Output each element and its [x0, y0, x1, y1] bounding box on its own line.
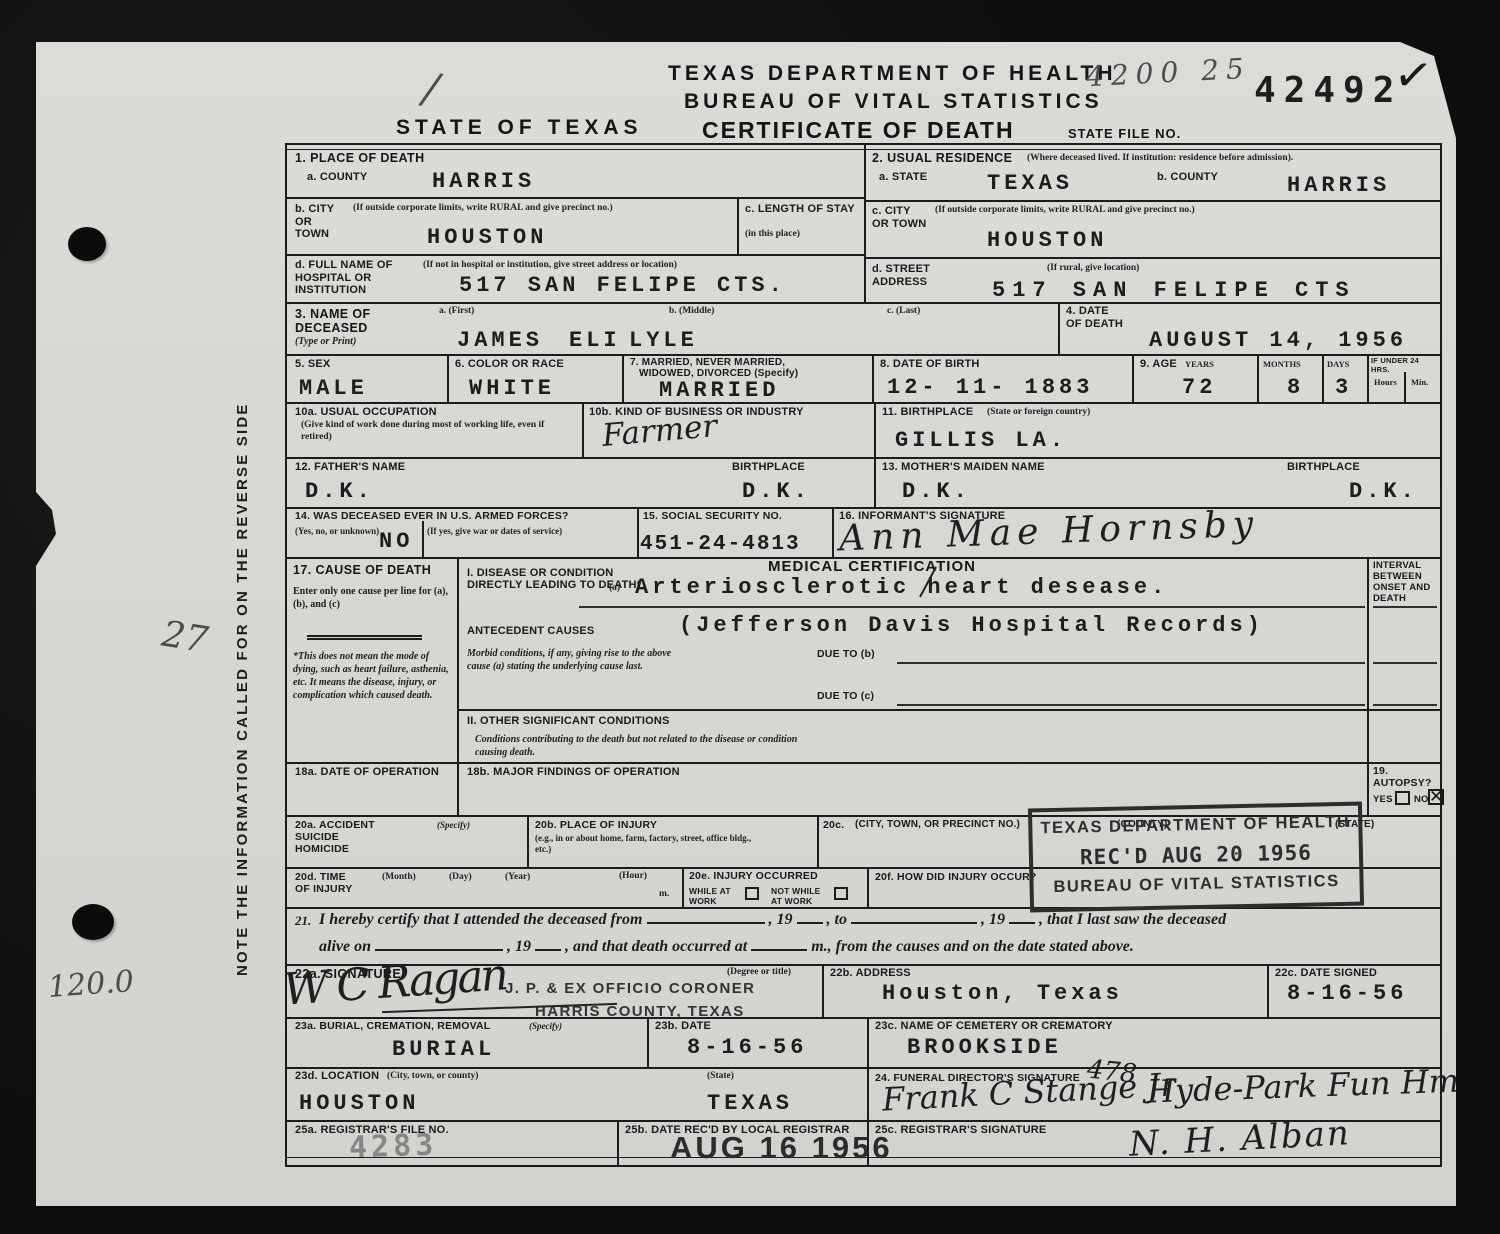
- header-department: TEXAS DEPARTMENT OF HEALTH: [668, 62, 1117, 86]
- field-18a-label: 18a. DATE OF OPERATION: [295, 766, 439, 779]
- field-15-value: 451-24-4813: [640, 533, 801, 556]
- field-9-months-label: MONTHS: [1263, 359, 1301, 370]
- field-11-label: 11. BIRTHPLACE: [882, 406, 973, 419]
- grid-line: [864, 145, 866, 302]
- blank-line: [647, 911, 765, 924]
- certify-seg2: , 19: [769, 911, 793, 928]
- field-2b-value: HARRIS: [1287, 173, 1390, 198]
- field-13-birthplace-value: D.K.: [1349, 479, 1418, 504]
- field-19-label: 19. AUTOPSY?: [1373, 765, 1440, 789]
- blank-line: [1009, 911, 1035, 924]
- field-1d-sublabel: (If not in hospital or institution, give…: [423, 260, 853, 272]
- received-stamp-line1: TEXAS DEPARTMENT OF HEALTH: [1032, 813, 1358, 839]
- field-5-value: MALE: [299, 376, 368, 401]
- field-8-label: 8. DATE OF BIRTH: [880, 358, 980, 371]
- field-14-value: NO: [379, 529, 413, 554]
- field-23a-value: BURIAL: [392, 1037, 495, 1062]
- field-9-years-value: 72: [1182, 375, 1216, 400]
- grid-line: [287, 197, 864, 199]
- grid-line: [1367, 557, 1369, 815]
- field-11-sublabel: (State or foreign country): [987, 407, 1090, 419]
- grid-line: [457, 709, 1440, 711]
- field-20b-label: 20b. PLACE OF INJURY: [535, 819, 657, 831]
- field-23a-label: 23a. BURIAL, CREMATION, REMOVAL: [295, 1020, 490, 1032]
- field-20d-label: 20d. TIME OF INJURY: [295, 871, 355, 895]
- field-1d-label: d. FULL NAME OF HOSPITAL OR INSTITUTION: [295, 259, 413, 297]
- field-9-under24-label: IF UNDER 24 HRS.: [1371, 357, 1439, 374]
- field-2d-value: 517 SAN FELIPE CTS: [992, 278, 1356, 303]
- field-7-label-line1: 7. MARRIED, NEVER MARRIED,: [630, 357, 785, 369]
- field-22b-label: 22b. ADDRESS: [830, 967, 911, 980]
- field-9-hours-label: Hours: [1374, 377, 1397, 388]
- field-9-label: 9. AGE: [1140, 358, 1177, 371]
- field-4-label: 4. DATE OF DEATH: [1066, 305, 1124, 330]
- field-20a-sublabel: (Specify): [437, 820, 470, 832]
- field-14-sub2: (If yes, give war or dates of service): [427, 526, 632, 537]
- value-underline: [1373, 662, 1437, 664]
- grid-line: [872, 354, 874, 402]
- field-4-value: AUGUST 14, 1956: [1149, 328, 1407, 353]
- blank-line: [751, 938, 807, 951]
- certify-seg1: I hereby certify that I attended the dec…: [319, 911, 643, 928]
- field-2d-sublabel: (If rural, give location): [1047, 263, 1139, 275]
- field-2d-label: d. STREET ADDRESS: [872, 263, 944, 288]
- grid-line: [457, 557, 459, 815]
- field-14-label: 14. WAS DECEASED EVER IN U.S. ARMED FORC…: [295, 510, 635, 522]
- grid-line: [832, 507, 834, 557]
- field-20d-day: (Day): [449, 872, 472, 884]
- field-3-last-value: LYLE: [629, 328, 698, 353]
- field-23a-sublabel: (Specify): [529, 1021, 562, 1033]
- grid-line: [582, 402, 584, 457]
- while-at-work-label: WHILE AT WORK: [689, 887, 745, 907]
- grid-line: [447, 354, 449, 402]
- field-1c-sublabel: (in this place): [745, 229, 800, 241]
- field-1a-value: HARRIS: [432, 169, 535, 194]
- field-1b-value: HOUSTON: [427, 225, 547, 250]
- field-3-middle-value: ELI: [569, 328, 621, 353]
- pencil-note-27: 27: [159, 614, 211, 662]
- field-6-value: WHITE: [469, 376, 555, 401]
- grid-line: [1404, 372, 1406, 402]
- field-23d-sublabel: (City, town, or county): [387, 1071, 478, 1083]
- field-22a-signature: W C Ragan: [281, 949, 507, 1015]
- field-20d-year: (Year): [505, 872, 530, 884]
- blank-line: [797, 911, 823, 924]
- not-while-at-work-label: NOT WHILE AT WORK: [771, 887, 831, 907]
- while-at-work-checkbox: [745, 887, 759, 900]
- field-3-label: 3. NAME OF DECEASED: [295, 307, 410, 335]
- antecedent-causes-label: ANTECEDENT CAUSES: [467, 625, 594, 638]
- checkmark: ✓: [1390, 46, 1436, 105]
- field-12-birthplace-label: BIRTHPLACE: [732, 461, 805, 474]
- grid-line: [867, 1017, 869, 1067]
- file-no-stamp: 42492: [1254, 70, 1402, 111]
- field-17-disease-label1: I. DISEASE OR CONDITION: [467, 567, 613, 580]
- field-17a-value-line2: (Jefferson Davis Hospital Records): [679, 613, 1264, 638]
- due-to-c-label: DUE TO (c): [817, 690, 874, 702]
- field-13-value: D.K.: [902, 479, 971, 504]
- medical-certification-title: MEDICAL CERTIFICATION: [697, 558, 1047, 575]
- field-23d-state-value: TEXAS: [707, 1091, 793, 1116]
- received-stamp-line2: REC'D AUG 20 1956: [1033, 840, 1359, 871]
- field-17-note2: *This does not mean the mode of dying, s…: [293, 650, 453, 702]
- grid-line: [1058, 302, 1060, 354]
- field-9-years-label: YEARS: [1185, 359, 1214, 370]
- field-23c-label: 23c. NAME OF CEMETERY OR CREMATORY: [875, 1020, 1113, 1033]
- grid-line: [622, 354, 624, 402]
- grid-line: [682, 867, 684, 907]
- blank-line: [535, 938, 561, 951]
- autopsy-yes-label: YES: [1373, 795, 1393, 806]
- pencil-note-1200: 120.0: [47, 964, 135, 1005]
- field-2a-value: TEXAS: [987, 171, 1073, 196]
- value-underline: [1373, 606, 1437, 608]
- field-21-line1: I hereby certify that I attended the dec…: [319, 911, 1226, 929]
- grid-line: [864, 200, 1440, 202]
- field-20b-sublabel: (e.g., in or about home, farm, factory, …: [535, 833, 765, 856]
- field-22c-value: 8-16-56: [1287, 981, 1407, 1006]
- field-25b-value: AUG 16 1956: [670, 1130, 893, 1166]
- field-22a-sublabel: (Degree or title): [727, 967, 791, 979]
- field-20d-m: m.: [659, 889, 669, 901]
- grid-line: [422, 521, 424, 557]
- certificate-form: 1. PLACE OF DEATH a. COUNTY HARRIS b. CI…: [285, 143, 1442, 1167]
- certify-seg8: , and that death occurred at: [565, 938, 747, 955]
- field-2b-label: b. COUNTY: [1157, 171, 1218, 184]
- certificate-paper: NOTE THE INFORMATION CALLED FOR ON THE R…: [36, 42, 1456, 1206]
- field-22b-value: Houston, Texas: [882, 981, 1123, 1006]
- grid-line: [1322, 354, 1324, 402]
- field-5-label: 5. SEX: [295, 358, 330, 371]
- field-25a-value: 4283: [348, 1127, 437, 1165]
- field-20a-label: 20a. ACCIDENT SUICIDE HOMICIDE: [295, 819, 391, 855]
- field-12-birthplace-value: D.K.: [742, 479, 811, 504]
- field-13-label: 13. MOTHER'S MAIDEN NAME: [882, 461, 1045, 474]
- certify-seg7: , 19: [507, 938, 531, 955]
- value-underline: [579, 606, 1365, 608]
- grid-line: [647, 1017, 649, 1067]
- header-state-of-texas: STATE OF TEXAS: [396, 116, 643, 140]
- not-while-at-work-checkbox: [834, 887, 848, 900]
- field-2a-label: a. STATE: [879, 171, 927, 184]
- certify-seg5: , that I last saw the deceased: [1039, 911, 1226, 928]
- due-to-b-label: DUE TO (b): [817, 648, 875, 660]
- field-23b-label: 23b. DATE: [655, 1020, 711, 1033]
- grid-line: [864, 257, 1440, 259]
- header-title: CERTIFICATE OF DEATH: [702, 117, 1015, 144]
- field-8-value: 12- 11- 1883: [887, 375, 1093, 400]
- field-23d-city-value: HOUSTON: [299, 1091, 419, 1116]
- header-bureau: BUREAU OF VITAL STATISTICS: [684, 90, 1103, 114]
- field-17-disease-a: (a): [609, 583, 620, 595]
- field-20d-hour: (Hour): [619, 871, 647, 883]
- field-24-number: 478: [1086, 1054, 1139, 1089]
- field-1a-label: a. COUNTY: [307, 171, 367, 184]
- field-25c-label: 25c. REGISTRAR'S SIGNATURE: [875, 1124, 1046, 1137]
- pencil-slash-mark: /: [421, 63, 442, 113]
- field-22c-label: 22c. DATE SIGNED: [1275, 967, 1377, 980]
- grid-line: [822, 964, 824, 1017]
- field-17-note1: Enter only one cause per line for (a), (…: [293, 585, 451, 611]
- field-23b-value: 8-16-56: [687, 1035, 807, 1060]
- file-no-pencil: 4200 25: [1085, 52, 1251, 94]
- field-20d-month: (Month): [382, 872, 416, 884]
- value-underline: [897, 662, 1365, 664]
- field-23d-label: 23d. LOCATION: [295, 1070, 379, 1083]
- grid-line: [1367, 354, 1369, 402]
- field-1c-label: c. LENGTH OF STAY: [745, 203, 857, 216]
- field-1d-value: 517 SAN FELIPE CTS.: [459, 273, 786, 298]
- grid-line: [867, 1067, 869, 1120]
- grid-line: [287, 457, 1440, 459]
- certify-seg3: , to: [827, 911, 847, 928]
- field-23c-value: BROOKSIDE: [907, 1035, 1062, 1060]
- field-12-label: 12. FATHER'S NAME: [295, 461, 405, 474]
- field-2-label: 2. USUAL RESIDENCE: [872, 151, 1012, 165]
- divider-line: [307, 635, 422, 640]
- field-14-sub1: (Yes, no, or unknown): [295, 526, 379, 537]
- reverse-side-note: NOTE THE INFORMATION CALLED FOR ON THE R…: [234, 304, 260, 976]
- grid-line: [737, 197, 739, 254]
- certify-seg9: m., from the causes and on the date stat…: [811, 938, 1134, 955]
- field-13-birthplace-label: BIRTHPLACE: [1287, 461, 1360, 474]
- field-2-sublabel: (Where deceased lived. If institution: r…: [1027, 153, 1437, 165]
- field-20f-label: 20f. HOW DID INJURY OCCUR?: [875, 871, 1037, 883]
- grid-line: [287, 1017, 1440, 1019]
- field-17-label: 17. CAUSE OF DEATH: [293, 563, 431, 577]
- field-9-days-label: DAYS: [1327, 359, 1349, 370]
- grid-line: [527, 815, 529, 867]
- autopsy-no-x-mark: ✕: [1429, 787, 1443, 807]
- antecedent-note: Morbid conditions, if any, giving rise t…: [467, 647, 682, 673]
- field-17a-value: Arteriosclerotic heart desease.: [635, 575, 1168, 600]
- grid-line: [1267, 964, 1269, 1017]
- value-underline: [1373, 704, 1437, 706]
- blank-line: [851, 911, 977, 924]
- grid-line: [287, 402, 1440, 404]
- field-3a-label: a. (First): [439, 306, 474, 318]
- grid-line: [287, 507, 1440, 509]
- field-20c-sub1: (CITY, TOWN, OR PRECINCT NO.): [855, 819, 1020, 831]
- grid-line: [1257, 354, 1259, 402]
- field-9-days-value: 3: [1335, 375, 1352, 400]
- field-1-label: 1. PLACE OF DEATH: [295, 151, 425, 165]
- field-15-label: 15. SOCIAL SECURITY NO.: [643, 510, 782, 522]
- field-9-months-value: 8: [1287, 375, 1304, 400]
- field-10a-label: 10a. USUAL OCCUPATION: [295, 406, 437, 419]
- grid-line: [287, 254, 864, 256]
- grid-line: [287, 762, 1440, 764]
- field-7-value: MARRIED: [659, 378, 779, 403]
- received-stamp: TEXAS DEPARTMENT OF HEALTH REC'D AUG 20 …: [1028, 802, 1364, 913]
- field-3-sublabel: (Type or Print): [295, 335, 356, 348]
- field-10a-sublabel: (Give kind of work done during most of w…: [301, 420, 566, 444]
- field-3b-label: b. (Middle): [669, 306, 714, 318]
- grid-line: [287, 354, 1440, 356]
- grid-line: [617, 1120, 619, 1167]
- grid-line: [637, 507, 639, 557]
- certify-seg6: alive on: [319, 938, 371, 955]
- other-conditions-label: II. OTHER SIGNIFICANT CONDITIONS: [467, 715, 670, 728]
- scanned-document-background: NOTE THE INFORMATION CALLED FOR ON THE R…: [0, 0, 1500, 1234]
- certify-seg4: , 19: [981, 911, 1005, 928]
- state-file-no-label: STATE FILE NO.: [1068, 126, 1181, 141]
- grid-line: [867, 867, 869, 907]
- field-20c-label: 20c.: [823, 819, 844, 831]
- field-2c-sublabel: (If outside corporate limits, write RURA…: [935, 205, 1415, 217]
- value-underline: [897, 704, 1365, 706]
- other-conditions-note: Conditions contributing to the death but…: [475, 733, 805, 759]
- grid-line: [874, 402, 876, 457]
- hole-punch-top: [68, 227, 106, 261]
- field-1b-label: b. CITY OR TOWN: [295, 203, 347, 241]
- field-9-min-label: Min.: [1411, 377, 1428, 388]
- autopsy-no-label: NO: [1414, 795, 1429, 806]
- field-21-number: 21.: [295, 913, 311, 929]
- interval-label: INTERVAL BETWEEN ONSET AND DEATH: [1373, 561, 1435, 605]
- received-stamp-line3: BUREAU OF VITAL STATISTICS: [1033, 872, 1359, 898]
- field-23d-state-sublabel: (State): [707, 1071, 734, 1083]
- grid-line: [874, 457, 876, 507]
- field-12-value: D.K.: [305, 479, 374, 504]
- coroner-stamp-line1: J. P. & EX OFFICIO CORONER: [505, 980, 755, 997]
- hole-punch-bottom: [72, 904, 114, 940]
- blank-line: [375, 938, 503, 951]
- field-2c-label: c. CITY OR TOWN: [872, 205, 927, 230]
- field-3-first-value: JAMES: [457, 328, 543, 353]
- grid-line: [817, 815, 819, 867]
- field-20e-label: 20e. INJURY OCCURRED: [689, 870, 818, 882]
- field-6-label: 6. COLOR OR RACE: [455, 358, 564, 371]
- field-1b-sublabel: (If outside corporate limits, write RURA…: [353, 203, 663, 215]
- field-18b-label: 18b. MAJOR FINDINGS OF OPERATION: [467, 766, 680, 779]
- field-3c-label: c. (Last): [887, 306, 920, 318]
- autopsy-yes-checkbox: [1395, 791, 1410, 805]
- field-2c-value: HOUSTON: [987, 228, 1107, 253]
- grid-line: [1132, 354, 1134, 402]
- field-11-value: GILLIS LA.: [895, 428, 1067, 453]
